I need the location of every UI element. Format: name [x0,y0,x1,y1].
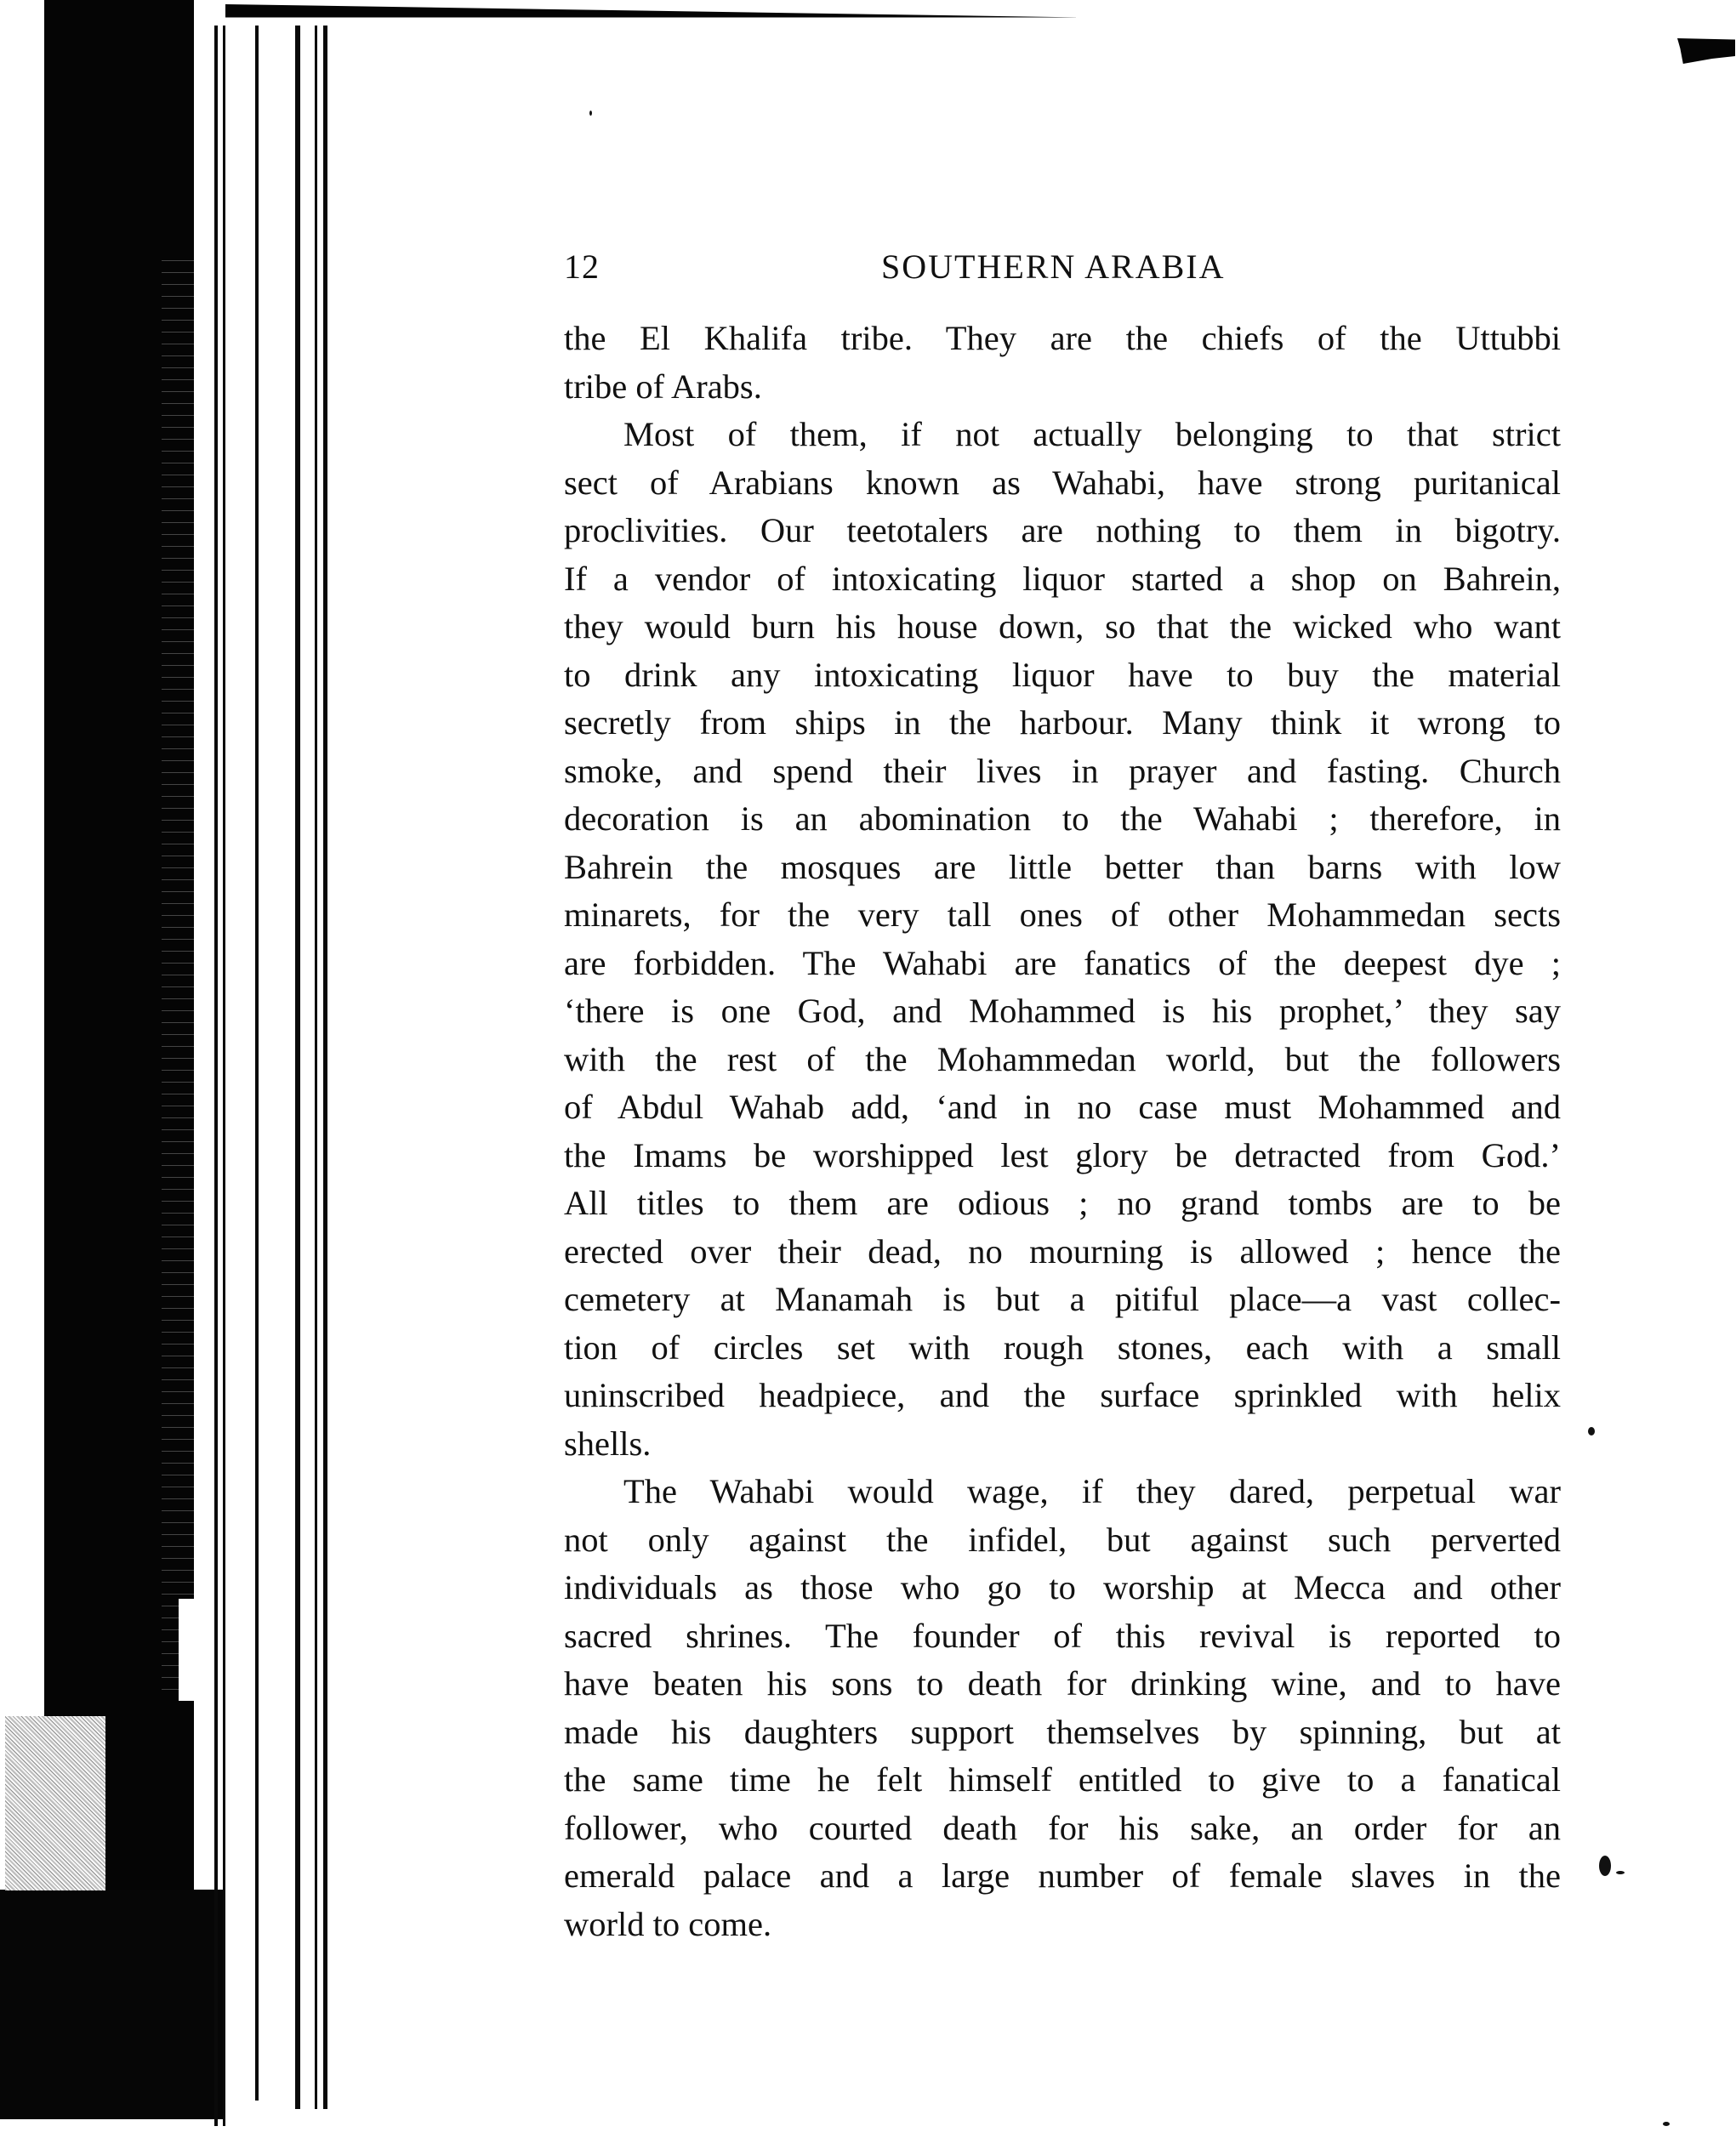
binding-paper-grain [5,1716,105,1890]
page-edge-line [214,26,218,2126]
body-text: the El Khalifa tribe. They are the chief… [564,315,1561,1948]
page-edge-line [223,26,225,2126]
text-line: uninscribed headpiece, and the surface s… [564,1372,1561,1420]
book-page: 12 SOUTHERN ARABIA the El Khalifa tribe.… [564,247,1561,1948]
text-line: the Imams be worshipped lest glory be de… [564,1132,1561,1180]
text-line: have beaten his sons to death for drinki… [564,1660,1561,1708]
text-line: proclivities. Our teetotalers are nothin… [564,507,1561,555]
text-line: to drink any intoxicating liquor have to… [564,651,1561,700]
text-line: world to come. [564,1901,1561,1949]
running-head: 12 SOUTHERN ARABIA [564,247,1561,289]
text-line: sacred shrines. The founder of this revi… [564,1612,1561,1661]
paragraph-3: The Wahabi would wage, if they dared, pe… [564,1468,1561,1948]
text-line: not only against the infidel, but agains… [564,1516,1561,1565]
ink-speck [1616,1871,1625,1874]
paragraph-2: Most of them, if not actually belonging … [564,411,1561,1468]
running-title: SOUTHERN ARABIA [881,247,1225,287]
page-edge-line [323,26,327,2109]
text-line: smoke, and spend their lives in prayer a… [564,748,1561,796]
text-line: minarets, for the very tall ones of othe… [564,891,1561,940]
page-edge-line [255,26,259,2101]
page-edge-line [315,26,317,2109]
text-line: shells. [564,1420,1561,1469]
text-line: of Abdul Wahab add, ‘and in no case must… [564,1083,1561,1132]
binding-edge-texture [162,255,194,1701]
text-line: ‘there is one God, and Mohammed is his p… [564,987,1561,1036]
text-line: tion of circles set with rough stones, e… [564,1324,1561,1373]
ink-speck [589,111,592,116]
text-line: decoration is an abomination to the Waha… [564,795,1561,844]
page-number: 12 [564,247,600,287]
ink-speck [1588,1427,1595,1436]
text-line: are forbidden. The Wahabi are fanatics o… [564,940,1561,988]
text-line: Bahrein the mosques are little better th… [564,844,1561,892]
text-line: sect of Arabians known as Wahabi, have s… [564,459,1561,508]
text-line: Most of them, if not actually belonging … [564,411,1561,459]
ink-speck [1599,1856,1611,1876]
text-line: secretly from ships in the harbour. Many… [564,699,1561,748]
text-line: The Wahabi would wage, if they dared, pe… [564,1468,1561,1516]
text-line: All titles to them are odious ; no grand… [564,1180,1561,1228]
text-line: cemetery at Manamah is but a pitiful pla… [564,1276,1561,1324]
text-line: tribe of Arabs. [564,363,1561,412]
binding-shadow-lower [0,1890,225,2119]
top-scan-edge [225,4,1076,23]
text-line: made his daughters support themselves by… [564,1708,1561,1757]
text-line: with the rest of the Mohammedan world, b… [564,1036,1561,1084]
paragraph-1: the El Khalifa tribe. They are the chief… [564,315,1561,411]
text-line: follower, who courted death for his sake… [564,1805,1561,1853]
text-line: they would burn his house down, so that … [564,603,1561,651]
text-line: If a vendor of intoxicating liquor start… [564,555,1561,604]
text-line: emerald palace and a large number of fem… [564,1852,1561,1901]
corner-ink-mark [1677,38,1735,64]
text-line: the El Khalifa tribe. They are the chief… [564,315,1561,363]
text-line: the same time he felt himself entitled t… [564,1756,1561,1805]
page-edge-line [295,26,300,2109]
text-line: erected over their dead, no mourning is … [564,1228,1561,1276]
ink-speck [1663,2122,1670,2126]
text-line: individuals as those who go to worship a… [564,1564,1561,1612]
